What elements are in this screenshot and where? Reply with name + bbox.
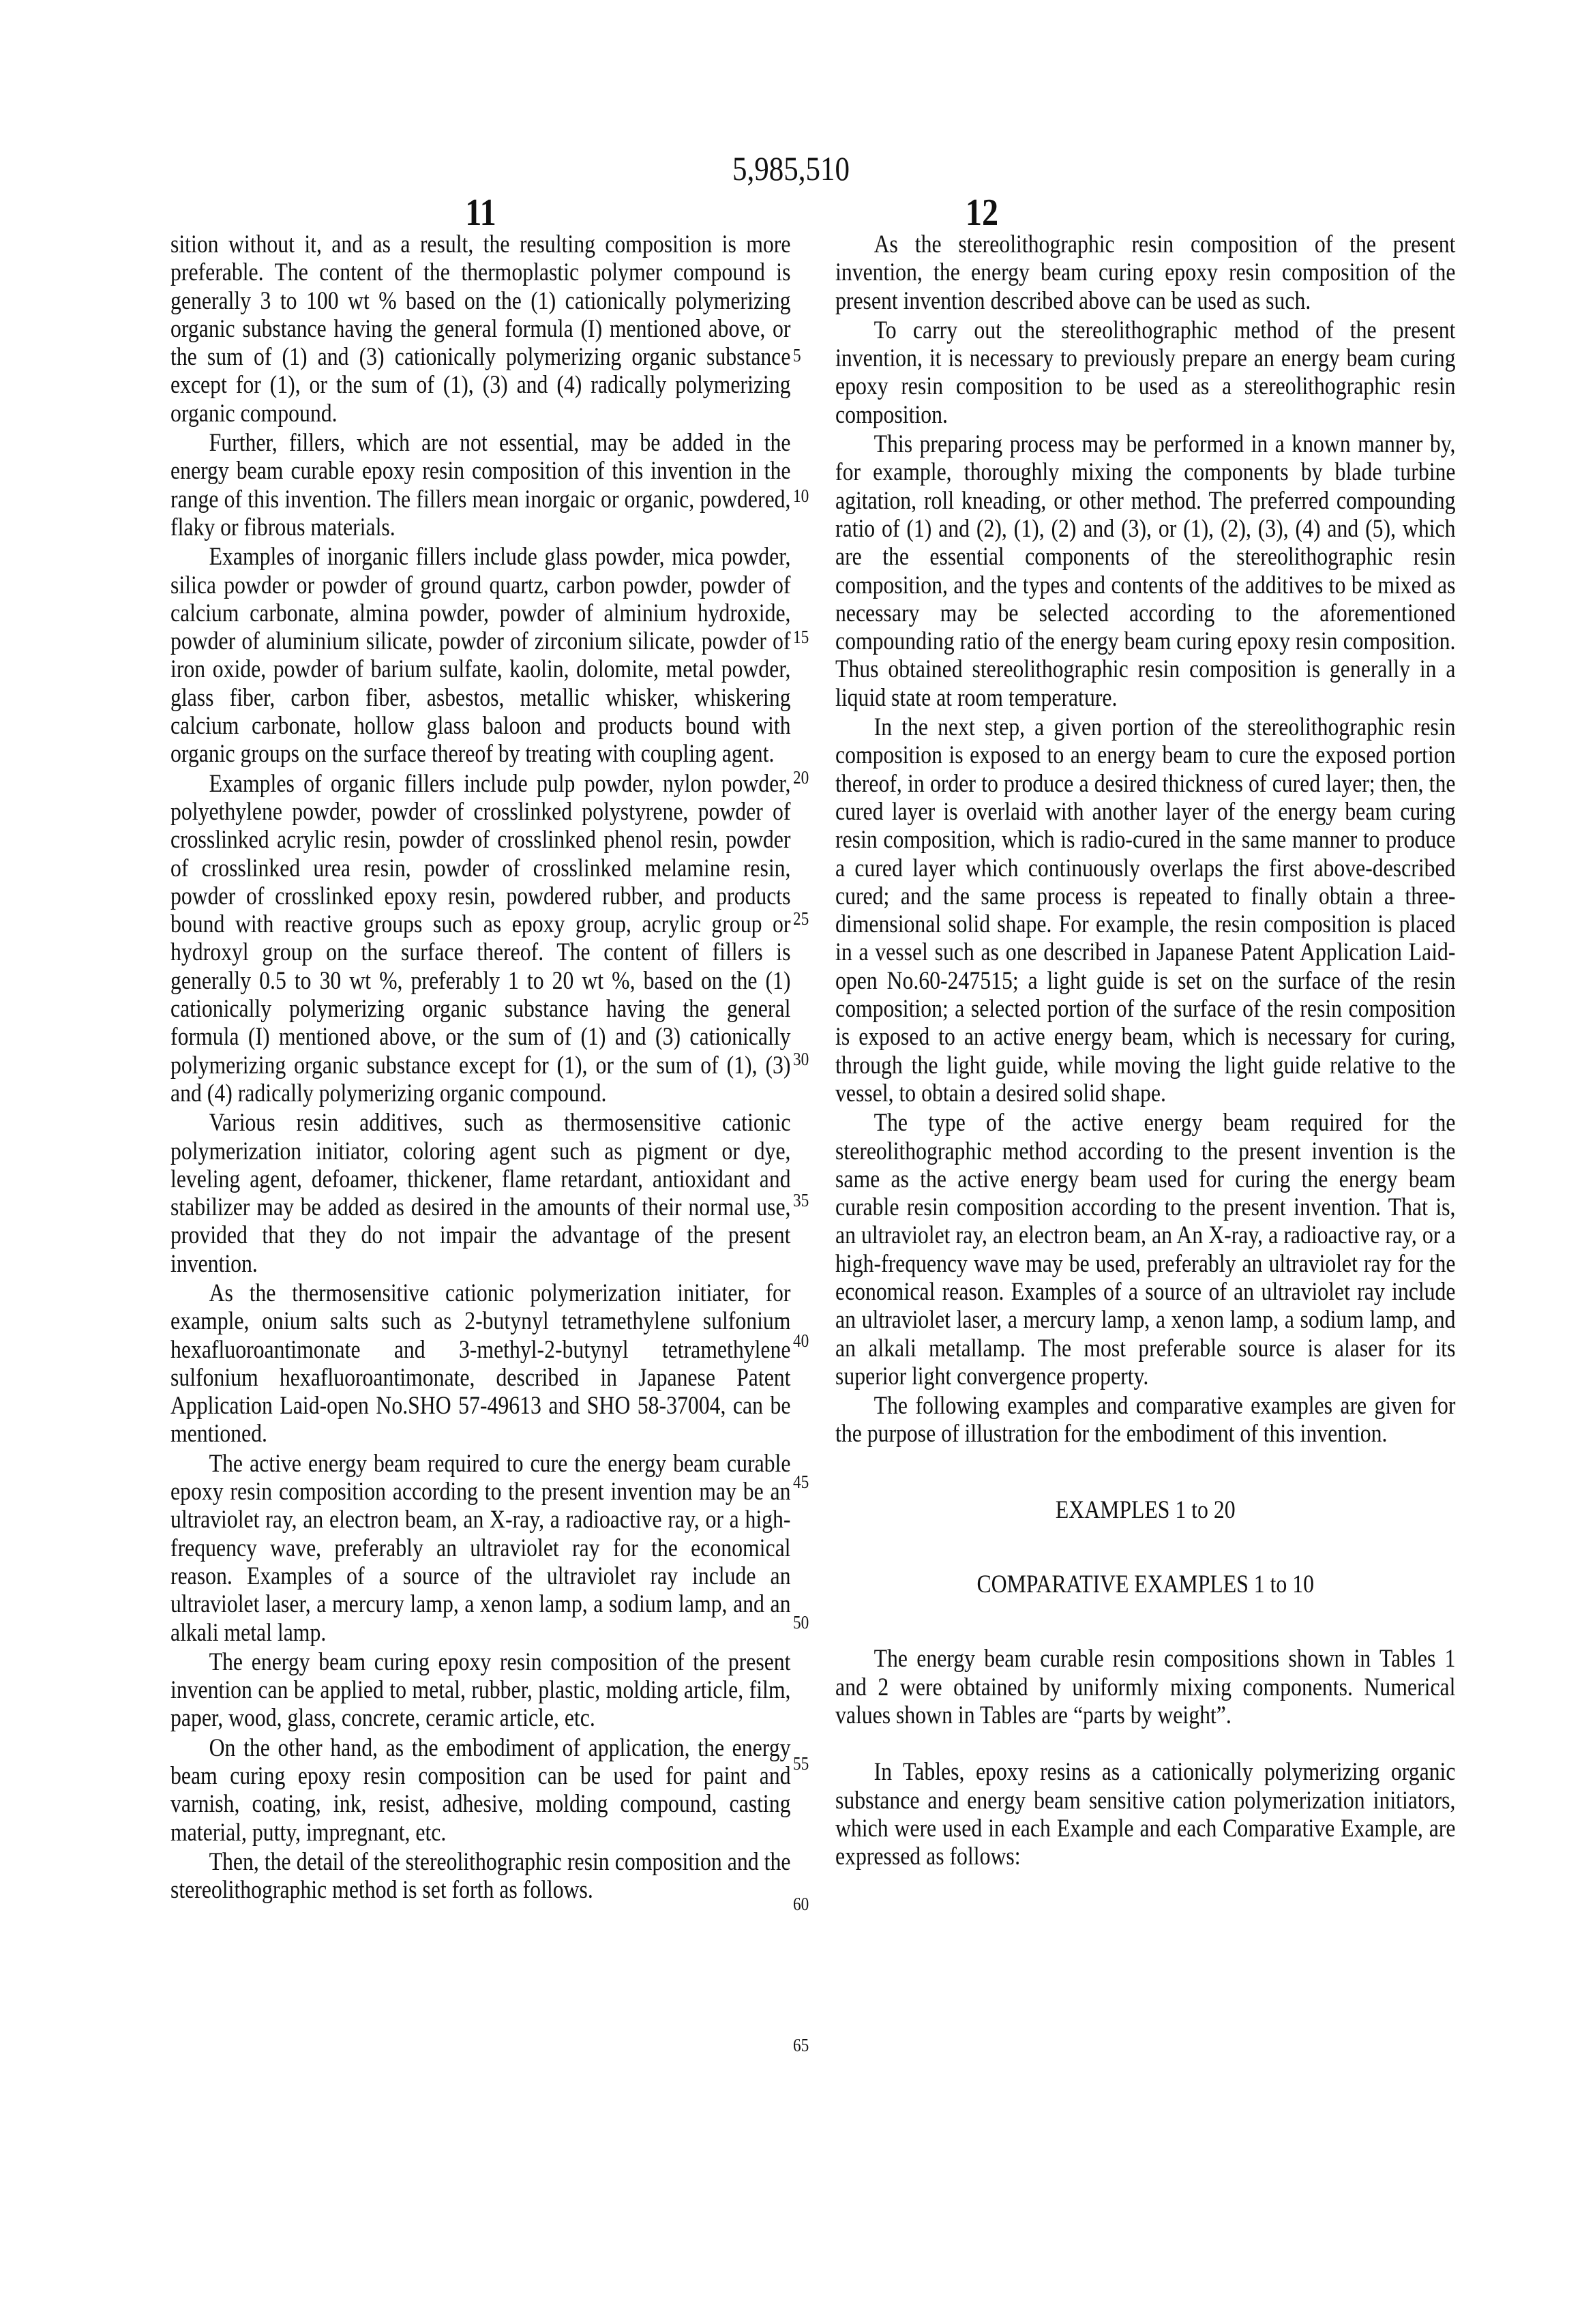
line-number: 15 <box>793 627 819 648</box>
paragraph: The energy beam curable resin compositio… <box>835 1645 1455 1729</box>
line-number: 25 <box>793 908 819 929</box>
line-number: 60 <box>793 1894 819 1915</box>
paragraph: sition without it, and as a result, the … <box>170 230 790 428</box>
paragraph: Various resin additives, such as thermos… <box>170 1109 790 1278</box>
line-number: 10 <box>793 486 819 507</box>
paragraph: The active energy beam required to cure … <box>170 1450 790 1647</box>
spacer <box>835 1731 1455 1758</box>
left-column-number: 11 <box>422 191 539 235</box>
paragraph: On the other hand, as the embodiment of … <box>170 1734 790 1847</box>
line-number: 20 <box>793 767 819 788</box>
spacer <box>835 1598 1455 1645</box>
paragraph: As the stereolithographic resin composit… <box>835 230 1455 315</box>
paragraph: This preparing process may be performed … <box>835 430 1455 712</box>
section-heading-examples: EXAMPLES 1 to 20 <box>835 1496 1455 1524</box>
line-number: 5 <box>793 345 819 366</box>
paragraph: The energy beam curing epoxy resin compo… <box>170 1648 790 1733</box>
left-text-column: sition without it, and as a result, the … <box>170 230 790 1906</box>
paragraph: Then, the detail of the stereolithograph… <box>170 1848 790 1905</box>
paragraph: In the next step, a given portion of the… <box>835 713 1455 1107</box>
paragraph: The following examples and comparative e… <box>835 1392 1455 1448</box>
line-number: 30 <box>793 1049 819 1070</box>
paragraph: As the thermosensitive cationic polymeri… <box>170 1279 790 1448</box>
line-number: 55 <box>793 1753 819 1774</box>
line-number: 40 <box>793 1330 819 1352</box>
line-number: 35 <box>793 1190 819 1211</box>
line-number: 45 <box>793 1472 819 1493</box>
paragraph: To carry out the stereolithographic meth… <box>835 316 1455 429</box>
paragraph: Examples of inorganic fillers include gl… <box>170 543 790 768</box>
section-heading-comparative: COMPARATIVE EXAMPLES 1 to 10 <box>835 1570 1455 1598</box>
right-text-column: As the stereolithographic resin composit… <box>835 230 1455 1872</box>
patent-number: 5,985,510 <box>110 149 1471 188</box>
spacer <box>835 1524 1455 1570</box>
paragraph: The type of the active energy beam requi… <box>835 1109 1455 1390</box>
line-number: 50 <box>793 1612 819 1633</box>
line-number: 65 <box>793 2035 819 2056</box>
paragraph: Further, fillers, which are not essentia… <box>170 429 790 541</box>
paragraph: In Tables, epoxy resins as a cationicall… <box>835 1758 1455 1871</box>
right-column-number: 12 <box>923 191 1041 235</box>
paragraph: Examples of organic fillers include pulp… <box>170 770 790 1108</box>
spacer <box>835 1450 1455 1496</box>
